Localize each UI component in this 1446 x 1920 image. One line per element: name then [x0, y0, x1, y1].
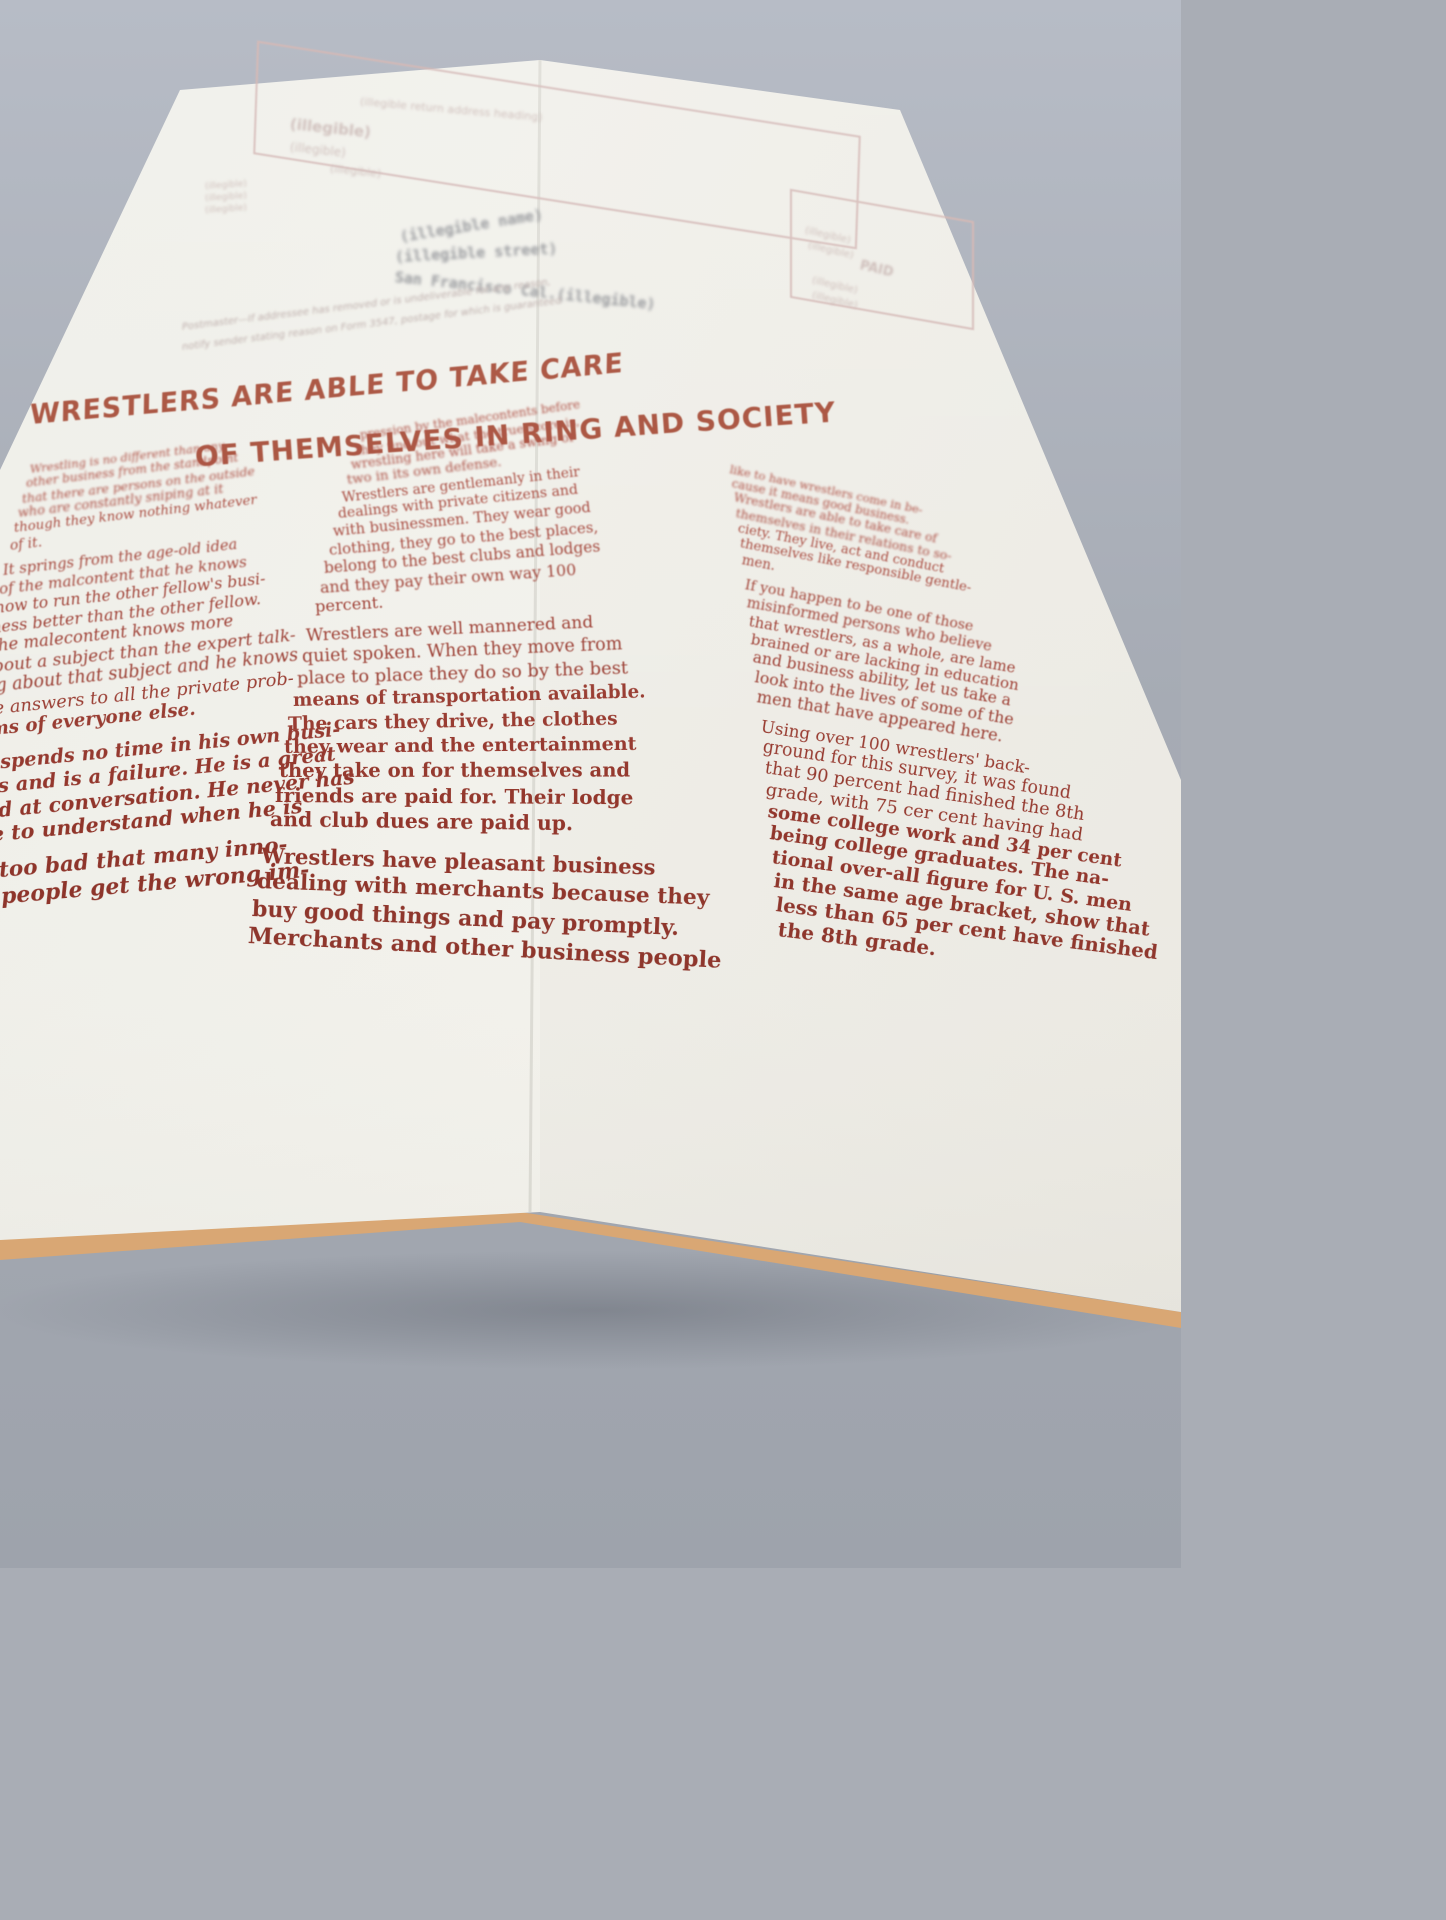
article-line: of it.: [10, 534, 44, 554]
article-line: they wear and the entertainment: [284, 732, 637, 758]
article-line: and club dues are paid up.: [270, 807, 573, 835]
photo-scene: (illegible return address heading) (ille…: [0, 0, 1181, 1568]
article-line: they take on for themselves and: [279, 758, 630, 781]
article-line: friends are paid for. Their lodge: [275, 783, 633, 809]
